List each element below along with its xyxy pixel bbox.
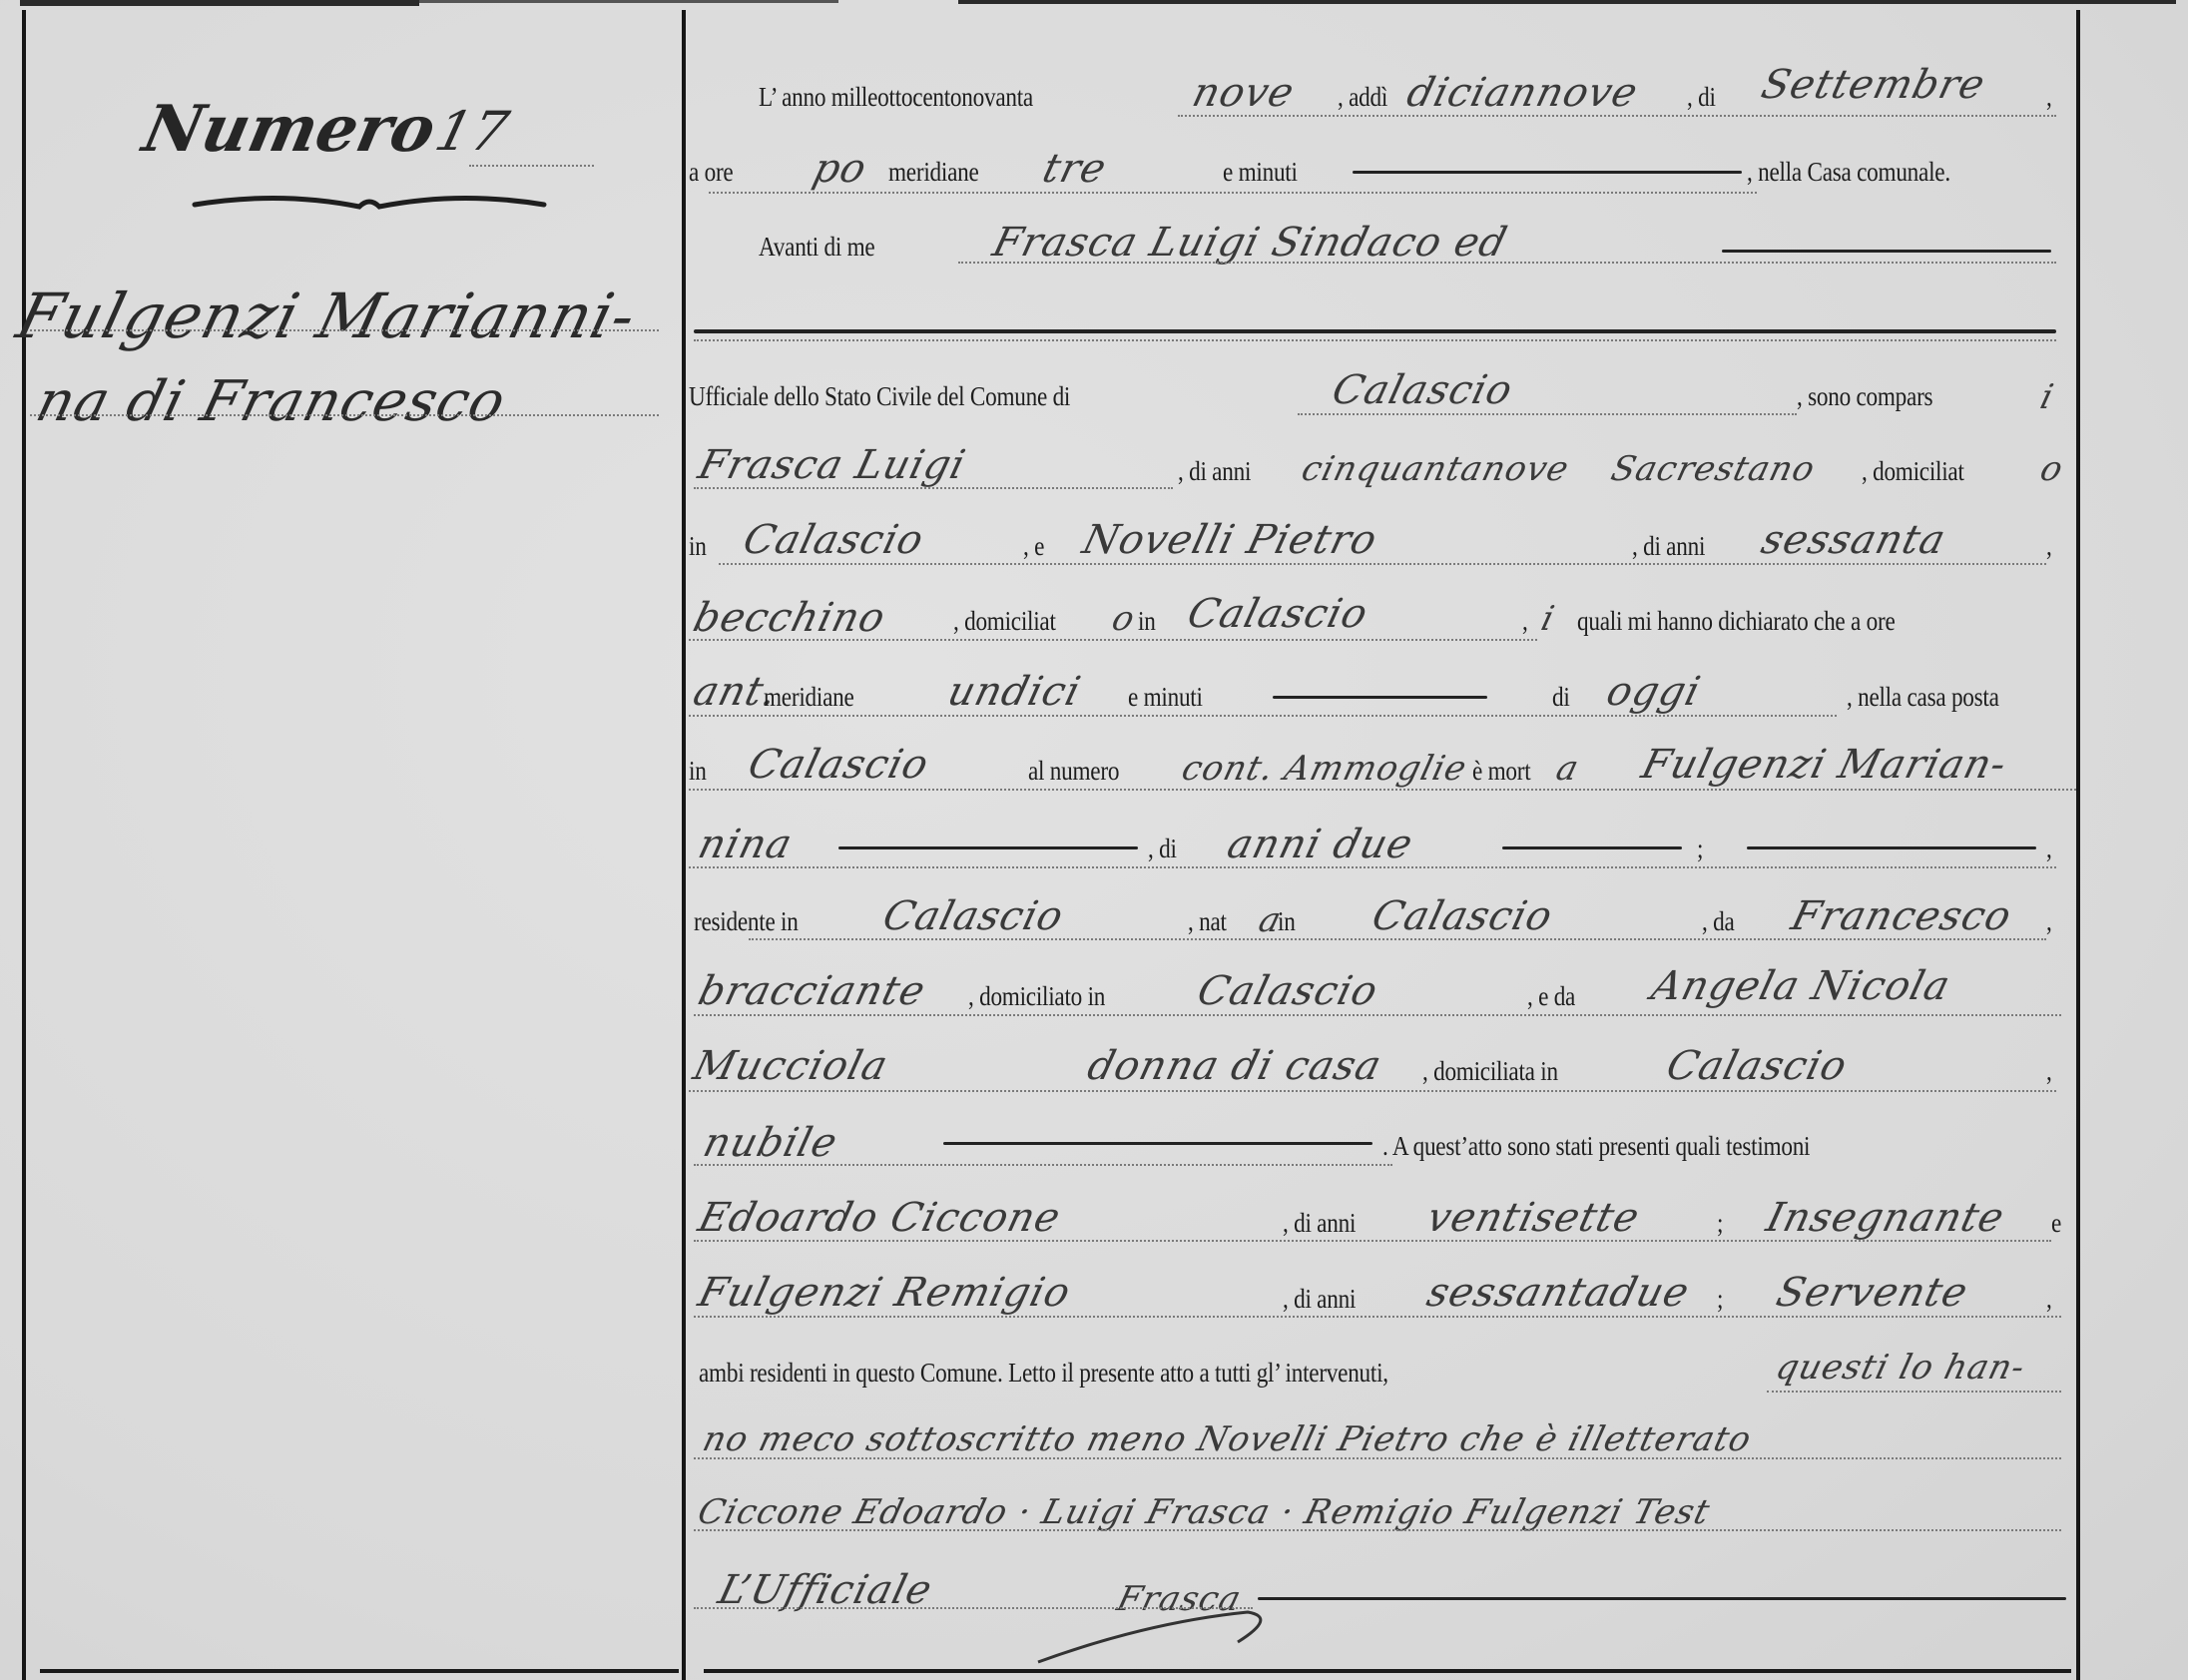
hand-field-mother-profession: donna di casa xyxy=(1083,1043,1386,1089)
print-text: e minuti xyxy=(1223,157,1298,188)
dotted-line xyxy=(1178,115,2056,117)
hand-field-period: po xyxy=(809,146,871,192)
print-text: di xyxy=(1552,682,1570,713)
print-text: , xyxy=(2046,531,2052,562)
left-border xyxy=(22,10,26,1680)
hand-field-declarant-2: Novelli Pietro xyxy=(1078,517,1382,563)
record-number: 17 xyxy=(429,100,515,163)
dotted-line xyxy=(694,1607,1253,1609)
bottom-border-left xyxy=(40,1669,679,1673)
signature-flourish xyxy=(1028,1592,1288,1672)
hand-field-domicile-1: Calascio xyxy=(739,517,928,563)
hand-field-closing-cont: no meco sottoscritto meno Novelli Pietro… xyxy=(699,1419,1756,1459)
dotted-line xyxy=(694,1457,2061,1459)
print-text: , domiciliat xyxy=(953,606,1056,637)
print-text: ; xyxy=(1717,1208,1723,1239)
print-text: , e da xyxy=(1527,981,1575,1012)
hand-field-mother: Angela Nicola xyxy=(1647,963,1955,1009)
print-text: . A quest’atto sono stati presenti quali… xyxy=(1382,1131,1810,1162)
hand-field-declarant-1: Frasca Luigi xyxy=(694,442,970,488)
print-text: Avanti di me xyxy=(759,232,874,263)
hand-field-witness-2-profession: Servente xyxy=(1772,1270,1972,1316)
hand-field-witness-2: Fulgenzi Remigio xyxy=(694,1270,1075,1316)
top-border xyxy=(20,0,419,6)
print-text: , di anni xyxy=(1283,1284,1356,1315)
print-text: meridiane xyxy=(888,157,979,188)
print-text: , di xyxy=(1148,834,1177,864)
print-text: , sono compars xyxy=(1797,381,1932,412)
hand-field-hour: tre xyxy=(1038,146,1111,192)
print-text: Ufficiale dello Stato Civile del Comune … xyxy=(689,381,1070,412)
print-text: , xyxy=(2046,906,2052,937)
print-text: ; xyxy=(1717,1284,1723,1315)
top-border xyxy=(419,0,838,3)
minutes-blank-rule xyxy=(1273,696,1487,699)
blank-rule xyxy=(1747,846,2036,849)
dotted-line xyxy=(694,1529,2061,1531)
hand-field-mother-domicile: Calascio xyxy=(1662,1043,1852,1089)
hand-field-day: diciannove xyxy=(1402,70,1643,116)
name-dotted-line-1 xyxy=(30,329,659,331)
print-text: in xyxy=(689,531,707,562)
dotted-line xyxy=(749,938,2046,940)
print-text: a ore xyxy=(689,157,733,188)
dotted-line xyxy=(689,715,1837,717)
print-text: ; xyxy=(1697,834,1703,864)
section-separator xyxy=(694,329,2056,333)
hand-field-suffix: i xyxy=(1537,599,1559,639)
print-text: , da xyxy=(1702,906,1735,937)
hand-field-officer: Frasca Luigi Sindaco ed xyxy=(988,220,1512,266)
print-text: , xyxy=(1522,606,1528,637)
hand-field-place-of-death: Calascio xyxy=(744,742,933,788)
print-text: , di anni xyxy=(1178,456,1251,487)
print-text: e minuti xyxy=(1128,682,1203,713)
hand-field-domicile-2: Calascio xyxy=(1183,591,1372,637)
print-text: in xyxy=(689,756,707,787)
hand-field-comune: Calascio xyxy=(1328,367,1517,413)
blank-rule xyxy=(1502,846,1682,849)
dotted-line xyxy=(689,866,2056,868)
print-text: , di anni xyxy=(1632,531,1705,562)
deceased-name-line-2: na di Francesco xyxy=(30,369,512,434)
print-text: , domiciliat xyxy=(1862,456,1964,487)
minutes-blank-rule xyxy=(1353,171,1742,174)
hand-field-father: Francesco xyxy=(1787,893,2016,939)
print-text: meridiane xyxy=(764,682,854,713)
dotted-line xyxy=(694,1014,2061,1016)
print-text: , nat xyxy=(1188,906,1227,937)
hand-field-age-deceased: anni due xyxy=(1223,822,1417,867)
hand-field-age-2: sessanta xyxy=(1757,517,1950,563)
record-number-label: Numero xyxy=(137,92,442,167)
dotted-line xyxy=(694,1240,2051,1242)
print-text: , domiciliata in xyxy=(1422,1056,1558,1087)
dotted-line xyxy=(719,563,2046,565)
signatures-witnesses: Ciccone Edoardo · Luigi Frasca · Remigio… xyxy=(694,1492,1714,1532)
hand-field-deceased-cont: nina xyxy=(694,822,798,867)
print-text: L’ anno milleottocentonovanta xyxy=(759,82,1033,113)
print-text: , xyxy=(2046,834,2052,864)
dotted-line xyxy=(1767,1391,2061,1393)
print-text: , xyxy=(2046,82,2052,113)
blank-rule xyxy=(1722,250,2051,253)
blank-rule xyxy=(838,846,1138,849)
hand-field-closing: questi lo han- xyxy=(1772,1348,2029,1388)
hand-field-hour-2: undici xyxy=(943,669,1086,715)
number-dotted-line xyxy=(469,165,594,167)
print-text: , nella Casa comunale. xyxy=(1747,157,1950,188)
hand-field-suffix: a xyxy=(1552,749,1583,789)
print-text: , e xyxy=(1023,531,1044,562)
blank-rule xyxy=(943,1142,1372,1145)
hand-field-year: nove xyxy=(1188,70,1300,116)
print-text: , xyxy=(2046,1284,2052,1315)
hand-field-witness-1-age: ventisette xyxy=(1422,1195,1644,1241)
print-text: e xyxy=(2051,1208,2061,1239)
hand-field-father-domicile: Calascio xyxy=(1193,968,1382,1014)
dotted-line xyxy=(694,1316,2061,1318)
print-text: residente in xyxy=(694,906,799,937)
print-text: in xyxy=(1278,906,1296,937)
hand-field-address: cont. Ammoglie xyxy=(1178,749,1471,789)
hand-field-deceased: Fulgenzi Marian- xyxy=(1637,742,2011,788)
hand-field-birthplace: Calascio xyxy=(1367,893,1557,939)
hand-field-witness-1: Edoardo Ciccone xyxy=(694,1195,1065,1241)
hand-field-mother-surname: Mucciola xyxy=(689,1043,893,1089)
dotted-line xyxy=(694,1164,1392,1166)
dotted-line xyxy=(689,1090,2056,1092)
hand-field-suffix: i xyxy=(2036,377,2058,417)
hand-field-witness-1-profession: Insegnante xyxy=(1762,1195,2009,1241)
dotted-line xyxy=(689,639,1537,641)
print-text: , nella casa posta xyxy=(1847,682,1999,713)
hand-field-profession-2: becchino xyxy=(689,595,890,641)
hand-field-father-profession: bracciante xyxy=(694,968,930,1014)
hand-field-marital-status: nubile xyxy=(699,1120,842,1166)
hand-field-month: Settembre xyxy=(1757,62,1990,108)
print-text: , xyxy=(2046,1056,2052,1087)
print-text: quali mi hanno dichiarato che a ore xyxy=(1577,606,1896,637)
dotted-line xyxy=(694,339,2056,341)
print-text: al numero xyxy=(1028,756,1119,787)
dotted-line xyxy=(709,192,1757,194)
print-text: ambi residenti in questo Comune. Letto i… xyxy=(699,1358,1388,1389)
dotted-line xyxy=(1298,413,1797,415)
register-page: Numero 17 Fulgenzi Marianni- na di Franc… xyxy=(0,0,2188,1680)
column-divider xyxy=(682,10,686,1680)
hand-field-residence: Calascio xyxy=(878,893,1068,939)
bottom-border-right xyxy=(704,1669,2071,1673)
flourish-ornament xyxy=(190,193,549,223)
print-text: , di xyxy=(1687,82,1716,113)
print-text: in xyxy=(1138,606,1156,637)
print-text: , domiciliato in xyxy=(968,981,1105,1012)
right-border xyxy=(2076,10,2080,1680)
blank-rule xyxy=(1258,1597,2066,1600)
print-text: , di anni xyxy=(1283,1208,1356,1239)
hand-field-profession-1: Sacrestano xyxy=(1607,449,1820,489)
hand-field-suffix: o xyxy=(1108,599,1139,639)
print-text: , addì xyxy=(1338,82,1387,113)
print-text: è mort xyxy=(1472,756,1530,787)
dotted-line xyxy=(689,789,2076,791)
dotted-line xyxy=(694,487,1173,489)
deceased-name-line-1: Fulgenzi Marianni- xyxy=(10,280,644,352)
name-dotted-line-2 xyxy=(30,414,659,416)
hand-field-witness-2-age: sessantadue xyxy=(1422,1270,1694,1316)
top-border xyxy=(958,0,2176,4)
hand-field-age-1: cinquantanove xyxy=(1298,449,1573,489)
dotted-line xyxy=(958,262,2056,264)
hand-field-day-2: oggi xyxy=(1602,669,1706,715)
hand-field-suffix: o xyxy=(2036,449,2067,489)
